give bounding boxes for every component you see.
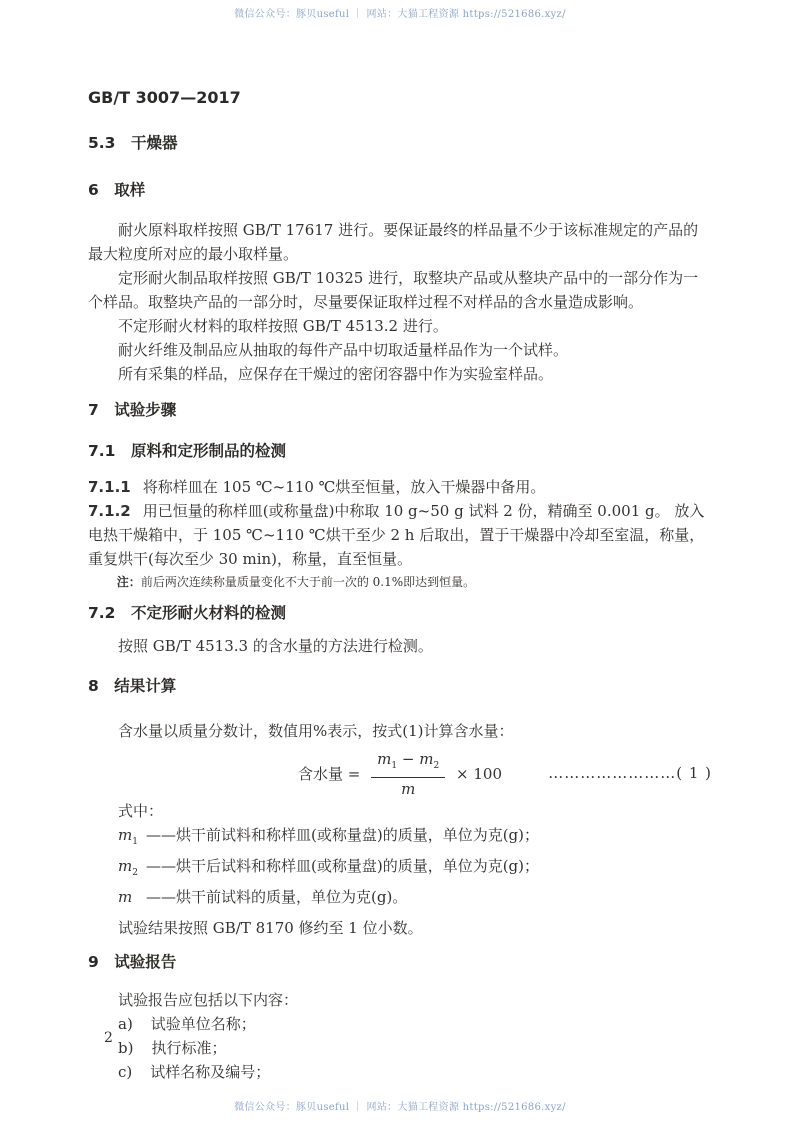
definition-dash: —— xyxy=(146,826,176,844)
paragraph: 试验报告应包括以下内容： xyxy=(88,988,712,1012)
formula-lhs: 含水量 xyxy=(298,765,343,783)
clause-7-1-1: 7.1.1将称样皿在 105 ℃~110 ℃烘至恒量，放入干燥器中备用。 xyxy=(88,475,712,499)
subscript-2: 2 xyxy=(433,761,439,771)
section-number: 9 xyxy=(88,953,99,971)
definition-m2: m2——烘干后试料和称样皿(或称量盘)的质量，单位为克(g)； xyxy=(88,854,712,885)
minus-sign: − xyxy=(402,750,415,768)
definition-text: 烘干后试料和称样皿(或称量盘)的质量，单位为克(g)； xyxy=(176,857,539,875)
fraction-denominator: m xyxy=(371,778,445,799)
clause-text: 将称样皿在 105 ℃~110 ℃烘至恒量，放入干燥器中备用。 xyxy=(143,478,546,496)
definition-m: m——烘干前试料的质量，单位为克(g)。 xyxy=(88,885,712,916)
item-label: a) xyxy=(118,1015,133,1033)
dotted-leader: …………………… xyxy=(548,764,676,782)
symbol-m: m xyxy=(118,888,132,906)
definition-symbol: m2 xyxy=(118,854,146,885)
section-number: 6 xyxy=(88,181,99,199)
definition-symbol: m1 xyxy=(118,823,146,854)
symbol-m1: m xyxy=(377,750,391,768)
report-item-c: c)试样名称及编号； xyxy=(88,1060,712,1084)
subscript-1: 1 xyxy=(132,837,138,847)
symbol-m1: m xyxy=(118,826,132,844)
item-text: 执行标准； xyxy=(151,1039,226,1057)
clause-text: 用已恒量的称样皿(或称量盘)中称取 10 g~50 g 试料 2 份，精确至 0… xyxy=(88,502,704,568)
section-heading-7-2: 7.2不定形耐火材料的检测 xyxy=(88,603,712,624)
doc-code: GB/T 3007—2017 xyxy=(88,88,712,108)
item-text: 试样名称及编号； xyxy=(150,1063,270,1081)
clause-7-1-2: 7.1.2用已恒量的称样皿(或称量盘)中称取 10 g~50 g 试料 2 份，… xyxy=(88,499,712,571)
paragraph: 不定形耐火材料的取样按照 GB/T 4513.2 进行。 xyxy=(88,314,712,338)
times-sign: × xyxy=(456,765,469,783)
definition-m1: m1——烘干前试料和称样皿(或称量盘)的质量，单位为克(g)； xyxy=(88,823,712,854)
formula-factor: 100 xyxy=(473,765,502,783)
paragraph: 耐火原料取样按照 GB/T 17617 进行。要保证最终的样品量不少于该标准规定… xyxy=(88,218,712,266)
equation-label: ( 1 ) xyxy=(676,764,712,782)
page-content: GB/T 3007—2017 5.3干燥器 6取样 耐火原料取样按照 GB/T … xyxy=(88,88,712,1084)
section-number: 7.2 xyxy=(88,604,115,622)
paragraph: 耐火纤维及制品应从抽取的每件产品中切取适量样品作为一个试样。 xyxy=(88,338,712,362)
symbol-m2: m xyxy=(118,857,132,875)
section-title: 试验报告 xyxy=(114,953,176,971)
section-heading-7-1: 7.1原料和定形制品的检测 xyxy=(88,441,712,462)
section-heading-9: 9试验报告 xyxy=(88,952,712,973)
formula-1: 含水量 = m1 − m2 m × 100 ……………………( 1 ) xyxy=(88,747,712,799)
formula-fraction: m1 − m2 m xyxy=(371,749,445,799)
paragraph: 定形耐火制品取样按照 GB/T 10325 进行，取整块产品或从整块产品中的一部… xyxy=(88,266,712,314)
section-title: 干燥器 xyxy=(131,134,178,152)
section-number: 7 xyxy=(88,401,99,419)
paragraph: 含水量以质量分数计，数值用%表示，按式(1)计算含水量： xyxy=(88,719,712,743)
section-title: 不定形耐火材料的检测 xyxy=(131,604,286,622)
section-heading-6: 6取样 xyxy=(88,180,712,201)
report-item-b: b)执行标准； xyxy=(88,1036,712,1060)
note-text: 前后两次连续称量质量变化不大于前一次的 0.1%即达到恒量。 xyxy=(141,575,475,589)
section-number: 8 xyxy=(88,677,99,695)
symbol-m: m xyxy=(401,780,415,798)
subscript-1: 1 xyxy=(391,761,397,771)
item-label: c) xyxy=(118,1063,132,1081)
clause-number: 7.1.2 xyxy=(88,502,131,520)
definition-text: 烘干前试料和称样皿(或称量盘)的质量，单位为克(g)； xyxy=(176,826,539,844)
section-title: 取样 xyxy=(114,181,145,199)
section-heading-8: 8结果计算 xyxy=(88,676,712,697)
section-title: 试验步骤 xyxy=(114,401,176,419)
page-number: 2 xyxy=(104,1026,113,1050)
item-label: b) xyxy=(118,1039,133,1057)
symbol-m2: m xyxy=(419,750,433,768)
section-title: 原料和定形制品的检测 xyxy=(131,442,286,460)
section-number: 5.3 xyxy=(88,134,115,152)
definition-symbol: m xyxy=(118,885,146,916)
subscript-2: 2 xyxy=(132,868,138,878)
definition-text: 烘干前试料的质量，单位为克(g)。 xyxy=(176,888,407,906)
section-heading-7: 7试验步骤 xyxy=(88,400,712,421)
paragraph: 试验结果按照 GB/T 8170 修约至 1 位小数。 xyxy=(88,916,712,940)
equation-number: ……………………( 1 ) xyxy=(548,761,712,785)
section-heading-5-3: 5.3干燥器 xyxy=(88,133,712,154)
watermark-bottom: 微信公众号：豚贝useful ｜ 网站：大猫工程资源 https://52168… xyxy=(0,1102,800,1114)
fraction-numerator: m1 − m2 xyxy=(371,749,445,778)
definition-dash: —— xyxy=(146,857,176,875)
definition-dash: —— xyxy=(146,888,176,906)
report-item-a: a)试验单位名称； xyxy=(88,1012,712,1036)
note: 注：前后两次连续称量质量变化不大于前一次的 0.1%即达到恒量。 xyxy=(88,573,712,591)
watermark-top: 微信公众号：豚贝useful ｜ 网站：大猫工程资源 https://52168… xyxy=(0,9,800,21)
section-number: 7.1 xyxy=(88,442,115,460)
note-label: 注： xyxy=(117,575,141,589)
section-title: 结果计算 xyxy=(114,677,176,695)
clause-number: 7.1.1 xyxy=(88,478,131,496)
where-label: 式中： xyxy=(88,799,712,823)
equals-sign: = xyxy=(348,765,361,783)
paragraph: 所有采集的样品，应保存在干燥过的密闭容器中作为实验室样品。 xyxy=(88,362,712,386)
formula-expression: 含水量 = m1 − m2 m × 100 xyxy=(298,749,502,799)
paragraph: 按照 GB/T 4513.3 的含水量的方法进行检测。 xyxy=(88,634,712,658)
document-page: 微信公众号：豚贝useful ｜ 网站：大猫工程资源 https://52168… xyxy=(0,0,800,1132)
item-text: 试验单位名称； xyxy=(151,1015,256,1033)
